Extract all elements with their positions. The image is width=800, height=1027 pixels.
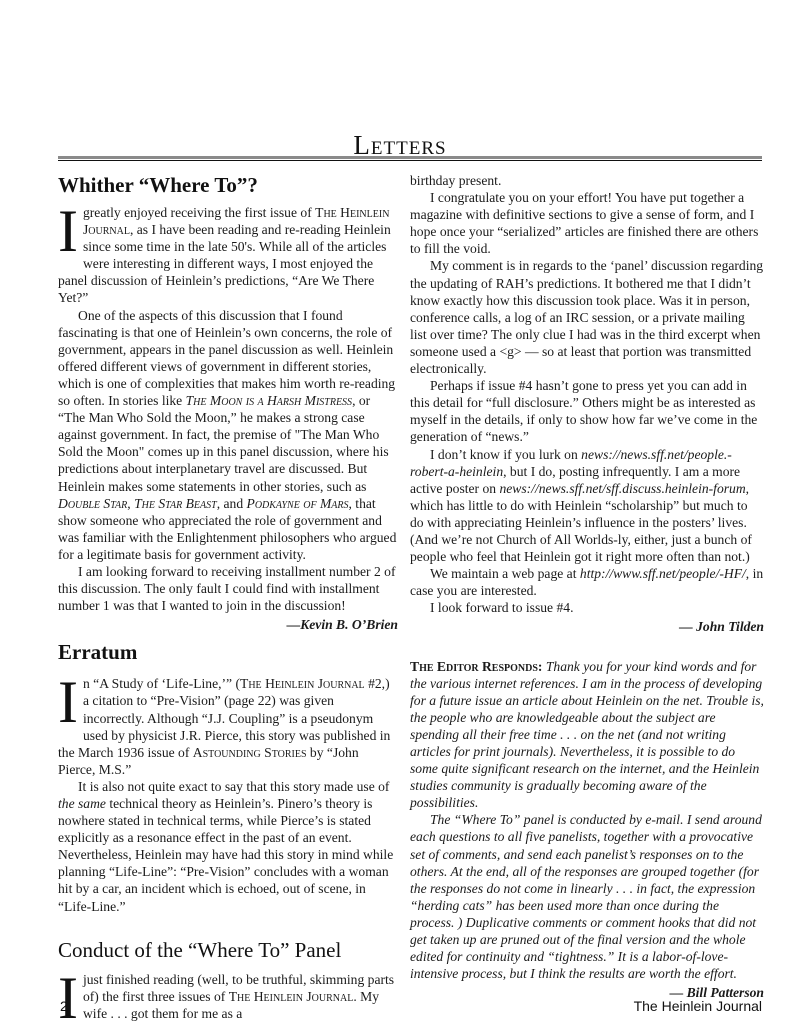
- letter-heading: Conduct of the “Where To” Panel: [58, 937, 398, 963]
- left-column: Whither “Where To”? I greatly enjoyed re…: [58, 172, 398, 1023]
- editor-paragraph: The Editor Responds: Thank you for your …: [410, 658, 764, 812]
- letter-paragraph: I don’t know if you lurk on news://news.…: [410, 446, 764, 566]
- letter-paragraph: I just finished reading (well, to be tru…: [58, 971, 398, 1022]
- letter-conduct-panel-continued: birthday present. I congratulate you on …: [410, 172, 764, 636]
- drop-cap: I: [58, 679, 78, 727]
- editor-response: The Editor Responds: Thank you for your …: [410, 658, 764, 1002]
- letter-paragraph: My comment is in regards to the ‘panel’ …: [410, 257, 764, 377]
- letter-signature: —Kevin B. O’Brien: [58, 616, 398, 633]
- publication-name: The Heinlein Journal: [634, 998, 762, 1014]
- letter-conduct-panel-start: Conduct of the “Where To” Panel I just f…: [58, 937, 398, 1022]
- letter-paragraph: I greatly enjoyed receiving the first is…: [58, 204, 398, 307]
- editor-paragraph: The “Where To” panel is conducted by e-m…: [410, 811, 764, 982]
- letter-paragraph: It is also not quite exact to say that t…: [58, 778, 398, 915]
- book-title: The Star Beast: [134, 496, 217, 511]
- book-title: Podkayne of Mars: [247, 496, 349, 511]
- letter-paragraph: birthday present.: [410, 172, 764, 189]
- letter-signature: — John Tilden: [410, 618, 764, 635]
- editor-label: The Editor Responds:: [410, 659, 542, 674]
- letter-paragraph: I congratulate you on your effort! You h…: [410, 189, 764, 257]
- letter-paragraph: In “A Study of ‘Life-Line,’” (The Heinle…: [58, 675, 398, 778]
- letter-heading: Whither “Where To”?: [58, 172, 398, 198]
- letter-paragraph: We maintain a web page at http://www.sff…: [410, 565, 764, 599]
- rule-thick-line: [58, 156, 762, 159]
- book-title: Double Star: [58, 496, 127, 511]
- letter-whither-where-to: Whither “Where To”? I greatly enjoyed re…: [58, 172, 398, 633]
- letter-paragraph: One of the aspects of this discussion th…: [58, 307, 398, 563]
- rule-thin-line: [58, 160, 762, 161]
- right-column: birthday present. I congratulate you on …: [410, 172, 764, 1007]
- title-rule: [58, 156, 762, 162]
- book-title: The Moon is a Harsh Mistress: [186, 393, 352, 408]
- letter-paragraph: Perhaps if issue #4 hasn’t gone to press…: [410, 377, 764, 445]
- letter-paragraph: I look forward to issue #4.: [410, 599, 764, 616]
- newsgroup-link[interactable]: news://news.sff.net/sff.discuss.heinlein…: [499, 481, 745, 496]
- web-link[interactable]: http://www.sff.net/people/-HF/: [580, 566, 746, 581]
- letter-paragraph: I am looking forward to receiving instal…: [58, 563, 398, 614]
- letter-erratum: Erratum In “A Study of ‘Life-Line,’” (Th…: [58, 639, 398, 914]
- drop-cap: I: [58, 208, 78, 256]
- letter-heading: Erratum: [58, 639, 398, 665]
- page-number: 2: [60, 998, 68, 1014]
